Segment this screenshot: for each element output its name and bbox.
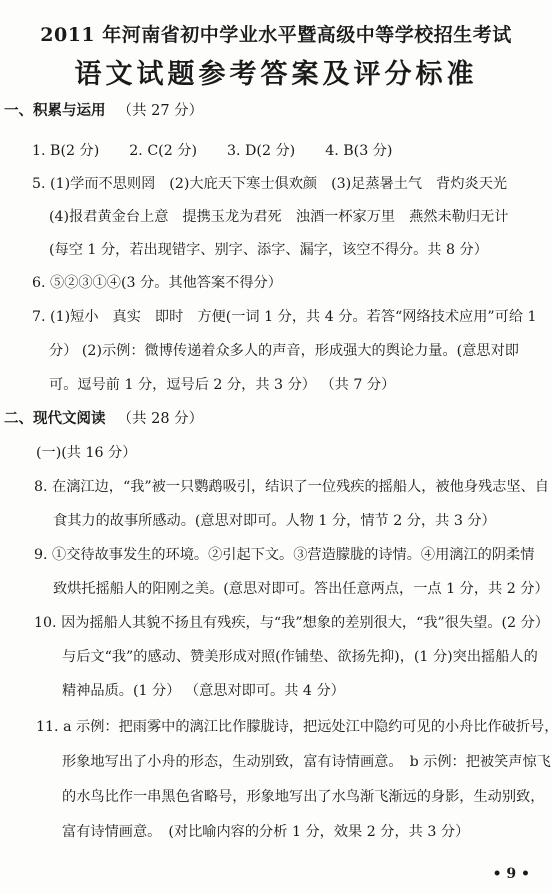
q7-word-1: 7. (1)短小 <box>32 309 99 325</box>
answer-q7-line1: 7. (1)短小真实即时方便(一词 1 分，共 4 分。若答“网络技术应用”可给… <box>32 307 537 327</box>
answer-q9-line1: 9. ①交待故事发生的环境。②引起下文。③营造朦胧的诗情。④用漓江的阴柔情 <box>34 545 534 565</box>
section-1-heading: 一、积累与运用（共 27 分） <box>4 101 203 121</box>
answer-q5-line2: (4)报君黄金台上意提携玉龙为君死浊酒一杯家万里燕然未勒归无计 <box>49 207 508 227</box>
answer-q11-line3: 的水鸟比作一串黑色省略号，形象地写出了水鸟渐飞渐远的身影，生动别致， <box>62 787 544 807</box>
answer-q10-line2: 与后文“我”的感动、赞美形成对照(作铺垫、欲扬先抑)，(1 分)突出摇船人的 <box>62 647 538 667</box>
answer-q9-line2: 致烘托摇船人的阳刚之美。(意思对即可。答出任意两点，一点 1 分，共 2 分） <box>53 579 549 599</box>
answer-q1: 1. B(2 分) <box>32 143 99 159</box>
section-2-heading: 二、现代文阅读（共 28 分） <box>4 409 203 429</box>
q5-blank-3b: 背灼炎天光 <box>436 176 507 192</box>
part-1-heading: (一)(共 16 分） <box>36 443 136 463</box>
section-1-points: （共 27 分） <box>118 103 204 119</box>
page-number: • 9 • <box>493 866 530 882</box>
answer-q11-line4: 富有诗情画意。 (对比喻内容的分析 1 分，效果 2 分，共 3 分） <box>62 822 469 842</box>
answer-q3: 3. D(2 分) <box>227 143 295 159</box>
answer-q6: 6. ⑤②③①④(3 分。其他答案不得分） <box>32 273 282 293</box>
document-title: 语文试题参考答案及评分标准 <box>0 52 552 91</box>
answer-q7-line2: 分） (2)示例：微博传递着众多人的声音，形成强大的舆论力量。(意思对即 <box>49 341 519 361</box>
q7-word-4: 方便(一词 1 分，共 4 分。若答“网络技术应用”可给 1 <box>197 309 536 325</box>
answer-q4: 4. B(3 分) <box>325 143 392 159</box>
q5-blank-3a: (3)足蒸暑土气 <box>331 176 422 192</box>
answer-q7-line3: 可。逗号前 1 分，逗号后 2 分，共 3 分） （共 7 分） <box>49 375 395 395</box>
q5-scoring-note: (每空 1 分，若出现错字、别字、添字、漏字，该空不得分。共 8 分） <box>49 240 488 260</box>
answer-q11-line2: 形象地写出了小舟的形态，生动别致，富有诗情画意。 b 示例：把被笑声惊飞 <box>62 752 551 772</box>
answer-key-page: 2011 年河南省初中学业水平暨高级中等学校招生考试 语文试题参考答案及评分标准… <box>0 0 552 894</box>
answer-q2: 2. C(2 分) <box>129 143 197 159</box>
exam-title: 2011 年河南省初中学业水平暨高级中等学校招生考试 <box>0 20 552 47</box>
answer-q10-line3: 精神品质。(1 分） （意思对即可。共 4 分） <box>62 681 345 701</box>
answer-q11-line1: 11. a 示例：把雨雾中的漓江比作朦胧诗，把远处江中隐约可见的小舟比作破折号， <box>36 717 552 737</box>
section-2-title: 二、现代文阅读 <box>4 411 106 427</box>
answer-q8-line2: 食其力的故事所感动。(意思对即可。人物 1 分，情节 2 分，共 3 分） <box>53 511 496 531</box>
answer-q10-line1: 10. 因为摇船人其貌不扬且有残疾，与“我”想象的差别很大，“我”很失望。(2 … <box>34 613 549 633</box>
answer-q8-line1: 8. 在漓江边，“我”被一只鹦鹉吸引，结识了一位残疾的摇船人，被他身残志坚、自 <box>34 477 549 497</box>
section-2-points: （共 28 分） <box>118 411 204 427</box>
q7-word-2: 真实 <box>113 309 141 325</box>
q5-blank-4b: 提携玉龙为君死 <box>182 209 281 225</box>
q5-blank-1: 5. (1)学而不思则罔 <box>32 176 155 192</box>
answers-q1-q4: 1. B(2 分)2. C(2 分)3. D(2 分)4. B(3 分) <box>32 141 392 161</box>
q5-blank-4c: 浊酒一杯家万里 <box>296 209 395 225</box>
q5-blank-4a: (4)报君黄金台上意 <box>49 209 168 225</box>
q5-blank-2: (2)大庇天下寒士俱欢颜 <box>169 176 317 192</box>
section-1-title: 一、积累与运用 <box>4 103 106 119</box>
q7-word-3: 即时 <box>155 309 183 325</box>
answer-q5-line1: 5. (1)学而不思则罔(2)大庇天下寒士俱欢颜(3)足蒸暑土气背灼炎天光 <box>32 174 507 194</box>
q5-blank-4d: 燕然未勒归无计 <box>409 209 508 225</box>
